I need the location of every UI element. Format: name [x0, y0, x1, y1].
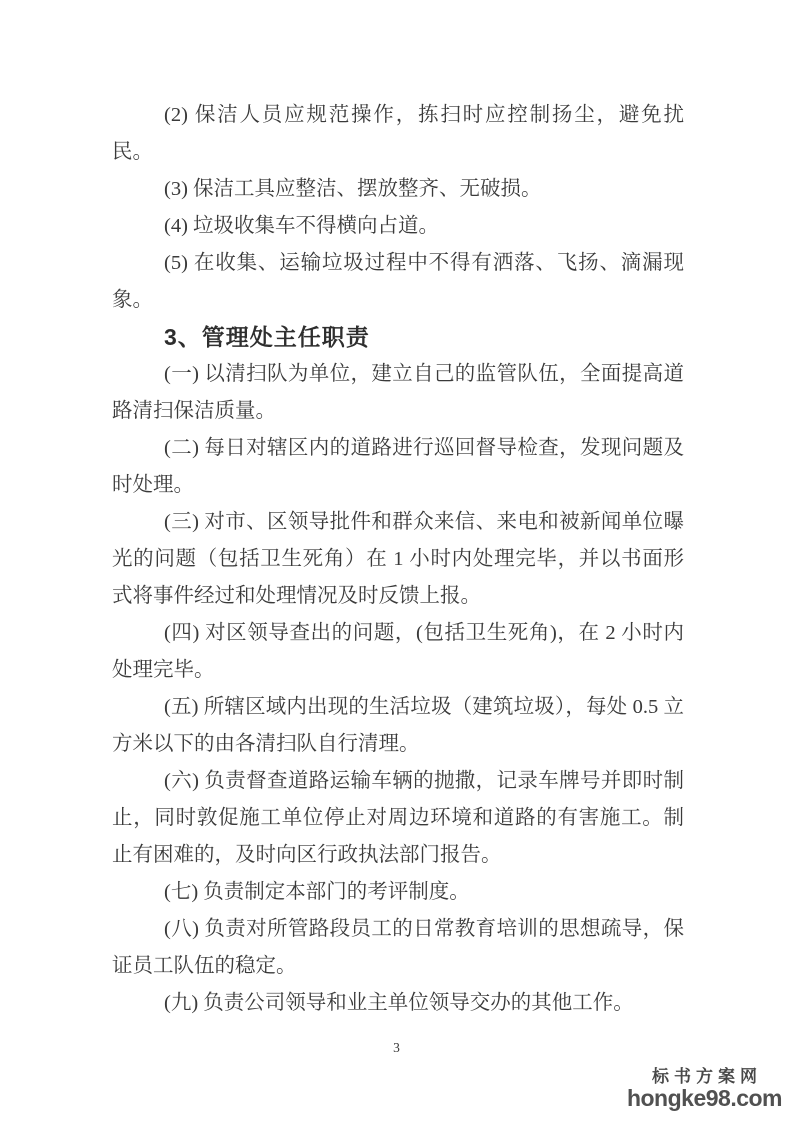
paragraph-7: (七) 负责制定本部门的考评制度。 [112, 874, 684, 911]
document-body: (2) 保洁人员应规范操作，拣扫时应控制扬尘，避免扰民。 (3) 保洁工具应整洁… [112, 0, 684, 1022]
list-item-2: (2) 保洁人员应规范操作，拣扫时应控制扬尘，避免扰民。 [112, 97, 684, 171]
watermark: 标书方案网 hongke98.com [627, 1066, 782, 1108]
paragraph-8: (八) 负责对所管路段员工的日常教育培训的思想疏导，保证员工队伍的稳定。 [112, 911, 684, 985]
page-number: 3 [0, 1040, 793, 1056]
paragraph-5: (五) 所辖区域内出现的生活垃圾（建筑垃圾），每处 0.5 立方米以下的由各清扫… [112, 689, 684, 763]
document-page: (2) 保洁人员应规范操作，拣扫时应控制扬尘，避免扰民。 (3) 保洁工具应整洁… [0, 0, 793, 1122]
paragraph-9: (九) 负责公司领导和业主单位领导交办的其他工作。 [112, 985, 684, 1022]
section-heading: 3、管理处主任职责 [112, 319, 684, 356]
list-item-5: (5) 在收集、运输垃圾过程中不得有洒落、飞扬、滴漏现象。 [112, 245, 684, 319]
list-item-4: (4) 垃圾收集车不得横向占道。 [112, 208, 684, 245]
paragraph-2: (二) 每日对辖区内的道路进行巡回督导检查，发现问题及时处理。 [112, 430, 684, 504]
list-item-3: (3) 保洁工具应整洁、摆放整齐、无破损。 [112, 171, 684, 208]
watermark-site-url: hongke98.com [627, 1088, 782, 1108]
paragraph-1: (一) 以清扫队为单位，建立自己的监管队伍，全面提高道路清扫保洁质量。 [112, 356, 684, 430]
paragraph-4: (四) 对区领导查出的问题，(包括卫生死角)，在 2 小时内处理完毕。 [112, 615, 684, 689]
paragraph-3: (三) 对市、区领导批件和群众来信、来电和被新闻单位曝光的问题（包括卫生死角）在… [112, 504, 684, 615]
paragraph-6: (六) 负责督查道路运输车辆的抛撒，记录车牌号并即时制止，同时敦促施工单位停止对… [112, 763, 684, 874]
